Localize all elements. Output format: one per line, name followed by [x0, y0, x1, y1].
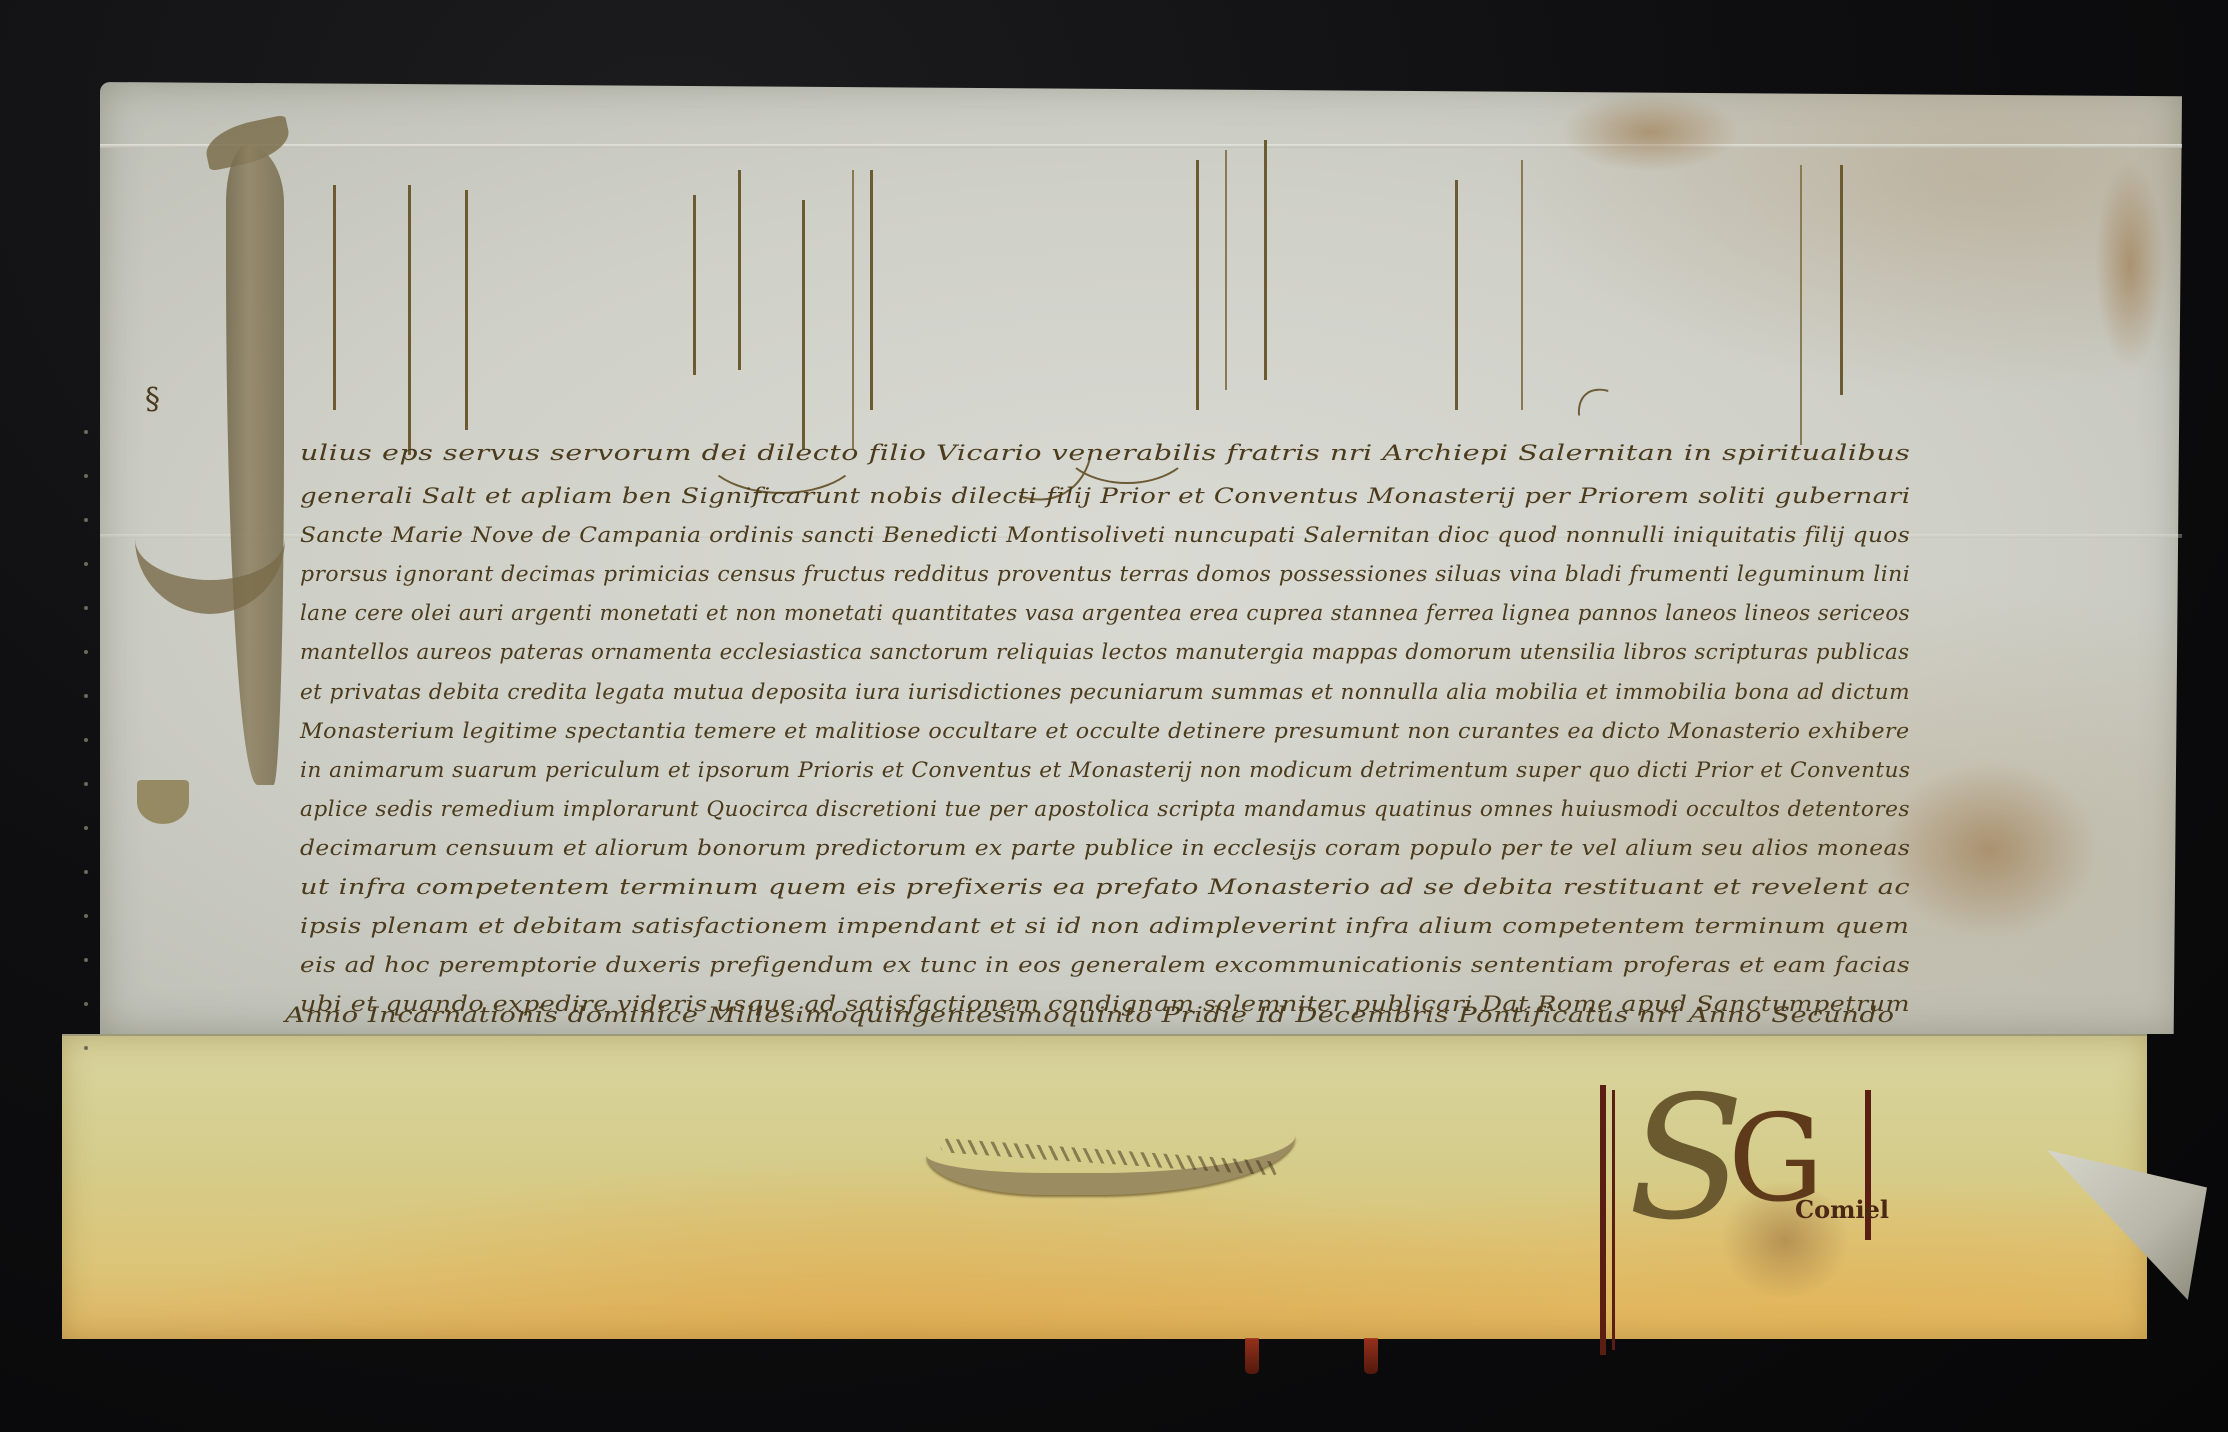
- red-ribbon-right: [1364, 1338, 1378, 1374]
- ascender: [1800, 165, 1802, 445]
- text-line-13: ipsis plenam et debitam satisfactionem i…: [300, 914, 1909, 938]
- ascender: [1521, 160, 1523, 410]
- text-line-5: lane cere olei auri argenti monetati et …: [300, 601, 1910, 625]
- horizontal-crease-top: [100, 144, 2182, 148]
- text-line-4: prorsus ignorant decimas primicias censu…: [300, 562, 1910, 586]
- stain-right-edge: [2095, 160, 2165, 370]
- text-line-11: decimarum censuum et aliorum bonorum pre…: [300, 836, 1910, 860]
- text-line-12: ut infra competentem terminum quem eis p…: [300, 875, 1910, 899]
- ascender: [1196, 160, 1199, 410]
- ascender: [333, 185, 336, 410]
- signature-stroke: [1612, 1090, 1615, 1350]
- stain-right-middle: [1880, 760, 2100, 940]
- text-line-2: generali Salt et apliam ben Significarun…: [300, 484, 1911, 508]
- ascender: [1264, 140, 1267, 380]
- ascender: [852, 170, 854, 450]
- ascender: [1840, 165, 1843, 395]
- text-line-16: Anno Incarnationis dominice Millesimoqui…: [285, 1003, 1895, 1027]
- ascender: [465, 190, 468, 430]
- text-line-6: mantellos aureos pateras ornamenta eccle…: [300, 640, 1910, 664]
- text-line-10: aplice sedis remedium implorarunt Quocir…: [300, 797, 1910, 821]
- initial-drop-flourish: [137, 780, 189, 824]
- text-line-7: et privatas debita credita legata mutua …: [300, 680, 1910, 704]
- stain-top: [1560, 92, 1740, 172]
- signature-name: Comiel: [1795, 1195, 1889, 1224]
- ascender: [408, 185, 411, 455]
- text-line-8: Monasterium legitime spectantia temere e…: [300, 719, 1910, 743]
- signature-stroke: [1600, 1085, 1606, 1355]
- text-line-3: Sancte Marie Nove de Campania ordinis sa…: [300, 523, 1910, 547]
- ascender: [1225, 150, 1227, 390]
- text-line-9: in animarum suarum periculum et ipsorum …: [300, 758, 1910, 782]
- signature-letter-s: S: [1628, 1060, 1744, 1258]
- text-line-14: eis ad hoc peremptorie duxeris prefigend…: [300, 953, 1910, 977]
- red-ribbon-left: [1245, 1338, 1259, 1374]
- side-mark: §: [145, 382, 160, 417]
- pricking-holes: [84, 430, 90, 1030]
- ascender: [870, 170, 873, 410]
- ascender: [738, 170, 741, 370]
- ascender: [693, 195, 696, 375]
- text-line-1: ulius eps servus servorum dei dilecto fi…: [300, 441, 1910, 465]
- ascender: [1455, 180, 1458, 410]
